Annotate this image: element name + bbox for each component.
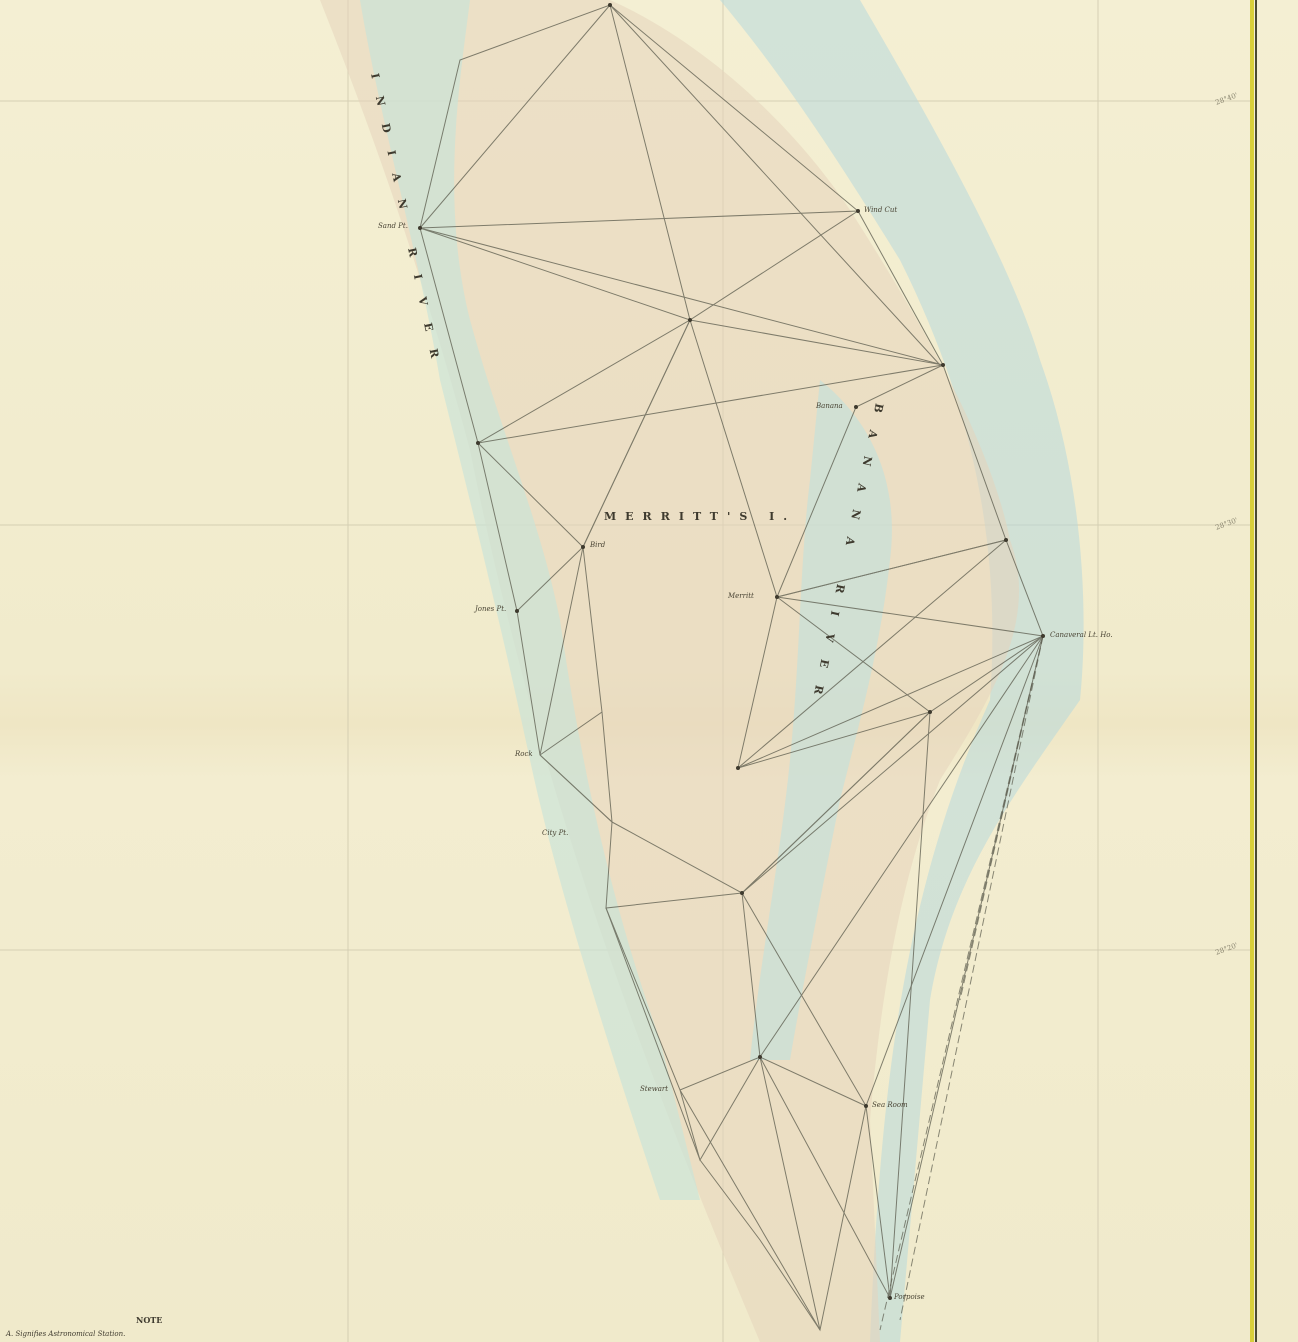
station-label: Merritt [728, 592, 754, 600]
map-graphics [0, 0, 1298, 1342]
station-label: City Pt. [542, 829, 568, 837]
merritts-island-label: MERRITT'S I. [604, 510, 796, 523]
note-text: A. Signifies Astronomical Station. [6, 1330, 125, 1338]
station-label: Sea Room [872, 1101, 908, 1109]
station-label: Stewart [640, 1085, 668, 1093]
station-label: Jones Pt. [475, 605, 506, 613]
station-label: Sand Pt. [378, 222, 408, 230]
survey-map: MERRITT'S I. INDIAN RIVER BANANA RIVER C… [0, 0, 1298, 1342]
station-label: Wind Cut [864, 206, 897, 214]
station-label: Canaveral Lt. Ho. [1050, 631, 1113, 639]
note-heading: NOTE [136, 1315, 162, 1325]
station-label: Bird [590, 541, 605, 549]
station-label: Porpoise [894, 1293, 925, 1301]
station-label: Rock [515, 750, 533, 758]
station-label: Banana [816, 402, 843, 410]
